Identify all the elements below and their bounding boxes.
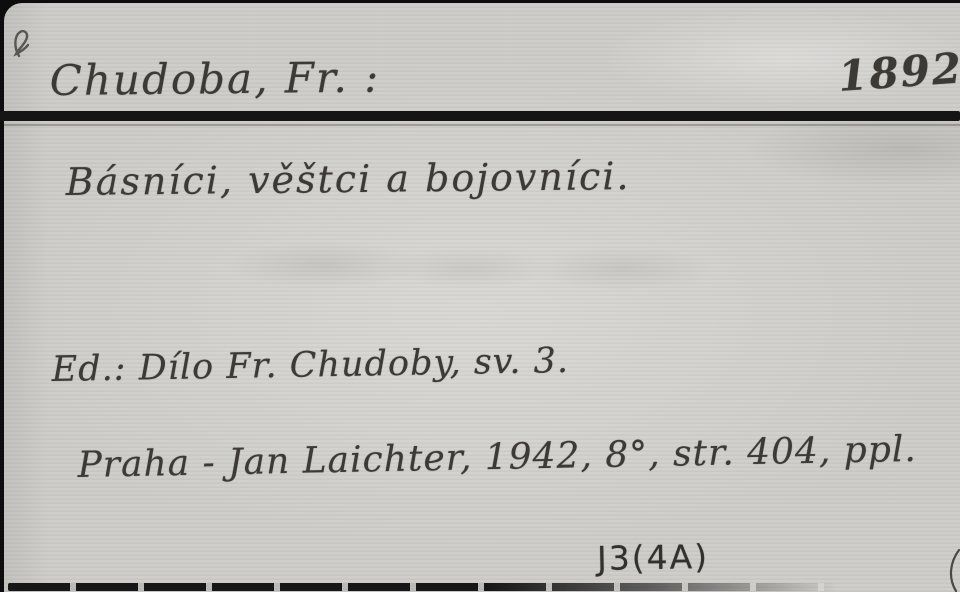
catalog-card-scan: Chudoba, Fr. : 1892 Básníci, věštci a bo…: [0, 0, 960, 592]
ruled-divider-shadow: [0, 124, 960, 126]
card-number: 1892: [837, 43, 960, 101]
pencil-squiggle-mark: [10, 28, 38, 62]
shelfmark: J3(4A): [597, 537, 710, 578]
author-heading: Chudoba, Fr. :: [49, 53, 380, 105]
bottom-scan-band: [8, 583, 836, 591]
clipped-pen-stroke: [942, 548, 960, 592]
ruled-divider-line: [0, 111, 960, 121]
title-line: Básníci, věštci a bojovníci.: [66, 154, 631, 204]
